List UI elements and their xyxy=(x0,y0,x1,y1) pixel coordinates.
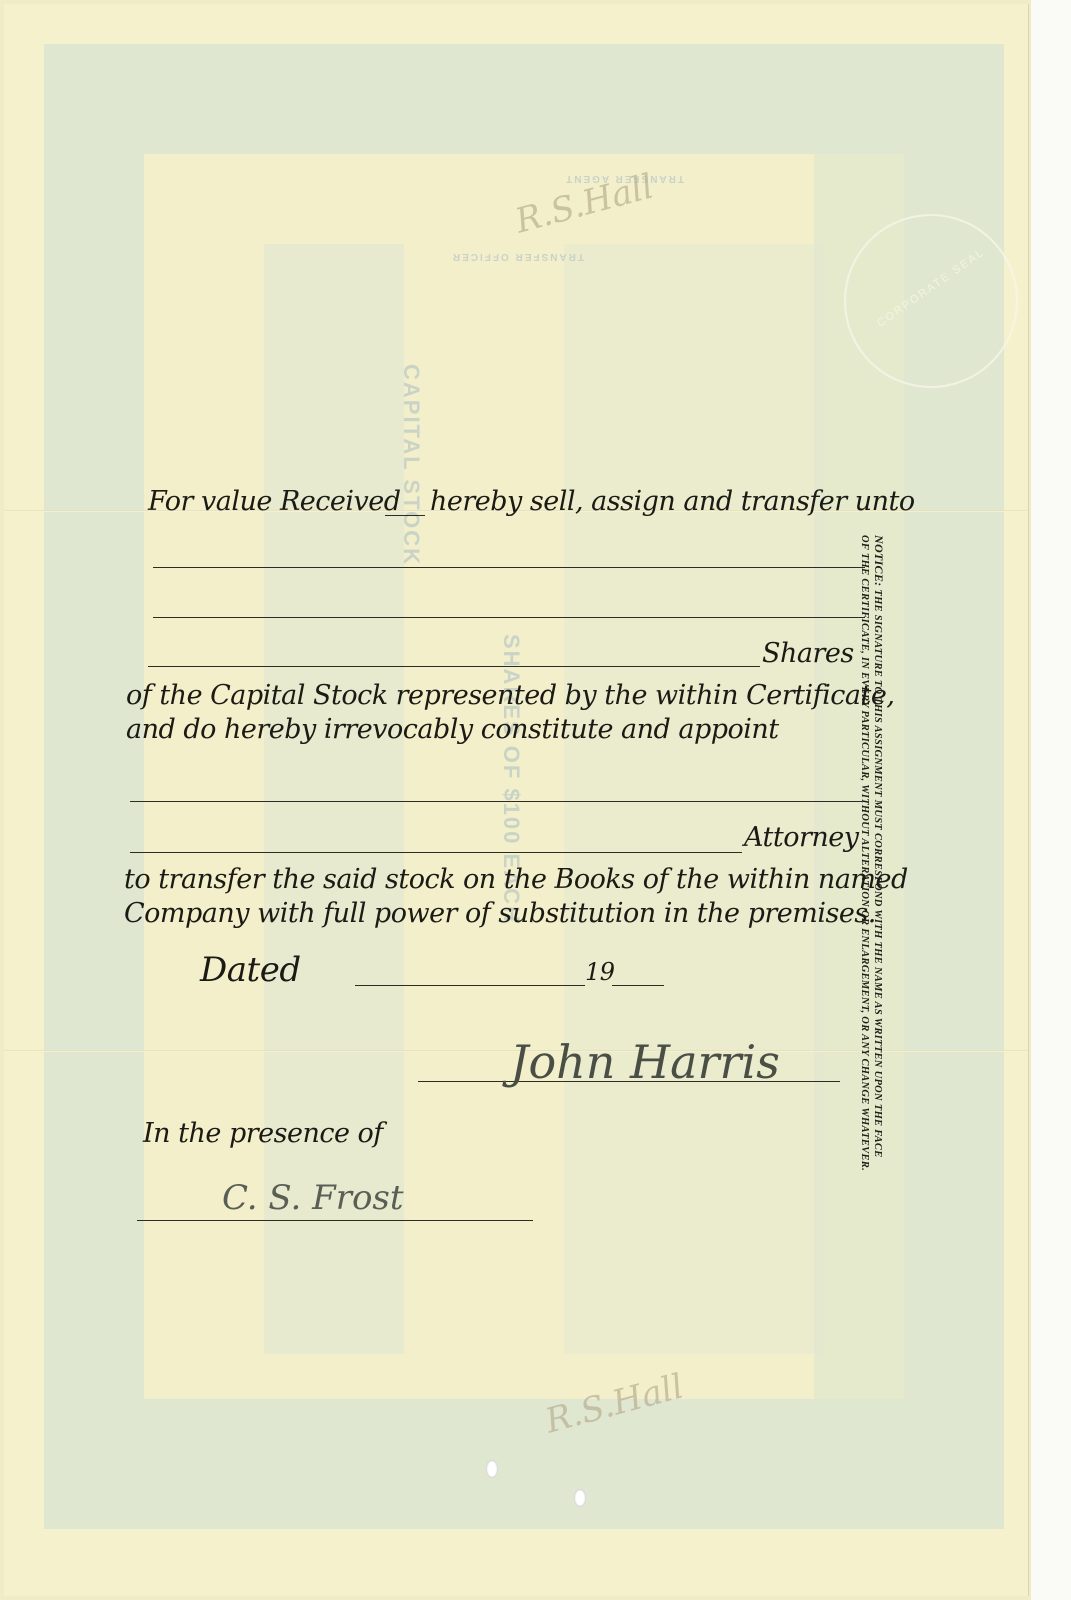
assignee-line-1[interactable] xyxy=(153,567,865,568)
date-line[interactable] xyxy=(355,985,585,986)
assignee-line-2[interactable] xyxy=(153,617,865,618)
showthrough-transfer-officer: TRANSFER OFFICER xyxy=(451,251,584,262)
attorney-name-line-1[interactable] xyxy=(130,801,862,802)
notice-text: NOTICE: THE SIGNATURE TO THIS ASSIGNMENT… xyxy=(858,535,885,1235)
showthrough-bottom-band xyxy=(44,1399,1004,1529)
showthrough-capital-stock: CAPITAL STOCK xyxy=(398,364,424,566)
for-value-received-text: For value Received xyxy=(148,486,401,517)
punch-hole xyxy=(574,1489,586,1507)
punch-hole xyxy=(486,1460,498,1478)
sell-assign-transfer-text: hereby sell, assign and transfer unto xyxy=(430,486,915,517)
shares-label: Shares xyxy=(762,638,854,669)
embossed-seal: CORPORATE SEAL xyxy=(844,214,1018,388)
notice-label: NOTICE: xyxy=(872,535,886,586)
showthrough-top-band xyxy=(44,44,1004,154)
attorney-label: Attorney xyxy=(744,822,859,853)
scan-margin xyxy=(1031,0,1071,1600)
year-line[interactable] xyxy=(612,985,664,986)
showthrough-left-band xyxy=(44,154,144,1399)
notice-line-2: OF THE CERTIFICATE, IN EVERY PARTICULAR,… xyxy=(858,535,871,1235)
capital-stock-text: of the Capital Stock represented by the … xyxy=(126,680,894,711)
notice-line-1: THE SIGNATURE TO THIS ASSIGNMENT MUST CO… xyxy=(872,589,883,1157)
seal-text: CORPORATE SEAL xyxy=(874,246,987,330)
assignor-blank xyxy=(385,515,425,516)
transfer-text: to transfer the said stock on the Books … xyxy=(124,864,908,895)
dated-label: Dated xyxy=(200,950,301,990)
witness-signature-line[interactable] xyxy=(137,1220,533,1221)
shares-count-line[interactable] xyxy=(148,666,760,667)
showthrough-text-panel xyxy=(564,244,824,1354)
in-presence-of-label: In the presence of xyxy=(143,1118,383,1149)
assignor-signature: John Harris xyxy=(510,1035,780,1089)
company-text: Company with full power of substitution … xyxy=(124,898,876,929)
year-prefix: 19 xyxy=(585,958,615,986)
appoint-text: and do hereby irrevocably constitute and… xyxy=(126,714,779,745)
witness-signature: C. S. Frost xyxy=(222,1178,404,1218)
attorney-name-line-2[interactable] xyxy=(130,852,742,853)
